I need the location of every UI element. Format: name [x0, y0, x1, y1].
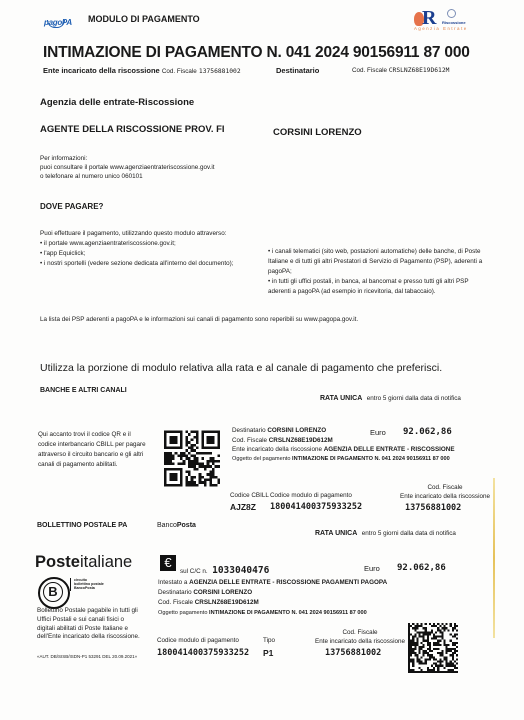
postal-section-heading: BOLLETTINO POSTALE PA: [37, 522, 127, 529]
where-to-pay-heading: DOVE PAGARE?: [40, 202, 103, 211]
postal-rata: RATA UNICA entro 5 giorni dalla data di …: [315, 522, 456, 540]
postal-description: Bollettino Postale pagabile in tutti gli…: [37, 607, 140, 642]
bp-circuit-label: circuito bollettino postale BancoPosta: [70, 578, 104, 591]
postal-module-code-label: Codice modulo di pagamento: [157, 637, 239, 644]
bancoposta-label: BancoPosta: [157, 522, 196, 529]
recipient-cf: Cod. Fiscale CRSLNZ68E19D612M: [352, 67, 449, 74]
qr-code[interactable]: [164, 430, 220, 487]
bank-creditor-cf: 13756881002: [405, 503, 461, 513]
postal-details: Intestato a AGENZIA DELLE ENTRATE - RISC…: [158, 578, 387, 618]
poste-italiane-logo: Posteitaliane: [35, 553, 132, 572]
type-value: P1: [263, 648, 273, 658]
euro-icon: €: [160, 555, 176, 571]
instruction-text: Utilizza la porzione di modulo relativa …: [40, 362, 442, 374]
postal-creditor-cf: 13756881002: [325, 648, 381, 658]
type-label: Tipo: [263, 637, 275, 644]
payment-methods-right: • i canali telematici (sito web, postazi…: [268, 247, 482, 297]
bank-section-heading: BANCHE E ALTRI CANALI: [40, 387, 127, 394]
bank-rata: RATA UNICA entro 5 giorni dalla data di …: [320, 387, 461, 405]
bank-description: Qui accanto trovi il codice QR e il codi…: [38, 430, 148, 470]
agenzia-entrate-riscossione-logo: R Riscossione Agenzia Entrate: [412, 7, 482, 31]
pagopa-logo: pagoPA: [44, 12, 66, 28]
module-title: MODULO DI PAGAMENTO: [88, 14, 200, 24]
bank-euro-label: Euro: [370, 428, 386, 437]
postal-module-code: 180041400375933252: [157, 648, 249, 658]
authorization-note: «AUT. DB/SISB/ISDN-P1 53291 DEL 20.09.20…: [37, 654, 137, 659]
page-edge: [493, 478, 495, 638]
creditor-row: Ente incaricato della riscossione Cod. F…: [43, 66, 241, 75]
recipient-label: Destinatario: [276, 66, 319, 75]
payment-methods-left: Puoi effettuare il pagamento, utilizzand…: [40, 229, 233, 269]
notice-title: INTIMAZIONE DI PAGAMENTO N. 041 2024 901…: [43, 44, 470, 62]
psp-note: La lista dei PSP aderenti a pagoPA e le …: [40, 316, 358, 323]
bank-module-code-label: Codice modulo di pagamento: [270, 492, 352, 499]
bank-amount: 92.062,86: [403, 427, 452, 437]
postal-amount: 92.062,86: [397, 563, 446, 573]
collection-agent: AGENTE DELLA RISCOSSIONE PROV. FI: [40, 124, 225, 135]
recipient-name: CORSINI LORENZO: [273, 127, 362, 138]
bollettino-postale-logo: B: [38, 577, 70, 609]
bank-module-code: 180041400375933252: [270, 502, 362, 512]
datamatrix-code[interactable]: [408, 623, 458, 673]
cbill-label: Codice CBILL: [230, 492, 269, 499]
creditor-name: Agenzia delle entrate-Riscossione: [40, 97, 194, 108]
bank-creditor-cf-label: Cod. Fiscale Ente incaricato della risco…: [390, 483, 500, 501]
postal-account: sul C/C n. 1033040476: [180, 560, 269, 578]
info-block: Per informazioni: puoi consultare il por…: [40, 154, 215, 181]
cbill-value: AJZ8Z: [230, 502, 256, 512]
postal-euro-label: Euro: [364, 564, 380, 573]
portal-link[interactable]: puoi consultare il portale www.agenziaen…: [40, 163, 215, 172]
postal-creditor-cf-label: Cod. Fiscale Ente incaricato della risco…: [300, 628, 420, 646]
